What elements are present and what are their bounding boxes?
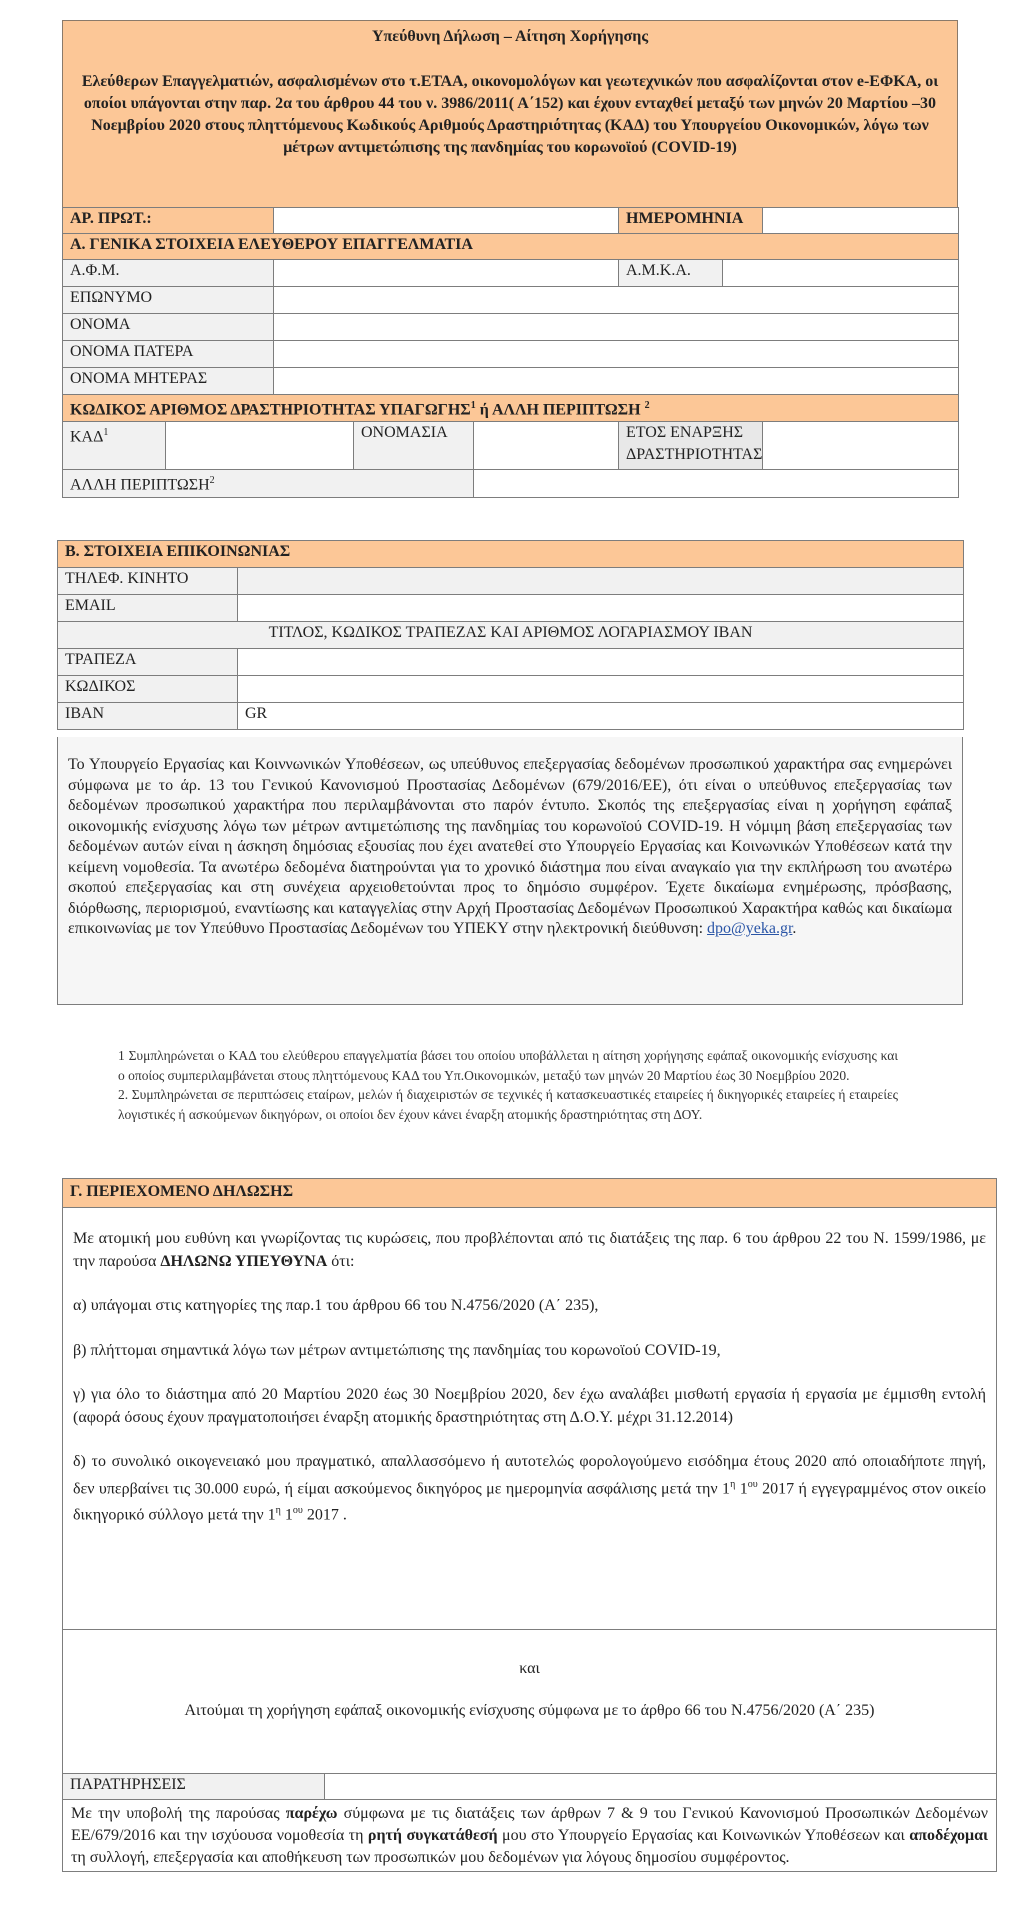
kad-field[interactable]: [166, 422, 354, 470]
surname-label: ΕΠΩΝΥΜΟ: [63, 287, 274, 314]
declaration-item-b: β) πλήττομαι σημαντικά λόγω των μέτρων α…: [73, 1340, 986, 1363]
protocol-number-label: ΑΡ. ΠΡΩΤ.:: [63, 208, 274, 234]
declaration-body: Με ατομική μου ευθύνη και γνωρίζοντας τι…: [63, 1208, 997, 1630]
declaration-table: Γ. ΠΕΡΙΕΧΟΜΕΝΟ ΔΗΛΩΣΗΣ Με ατομική μου ευ…: [62, 1178, 997, 1872]
kad-name-field[interactable]: [474, 422, 619, 470]
general-info-table: ΑΡ. ΠΡΩΤ.: ΗΜΕΡΟΜΗΝΙΑ Α. ΓΕΝΙΚΑ ΣΤΟΙΧΕΙΑ…: [62, 207, 959, 498]
form-title: Υπεύθυνη Δήλωση – Αίτηση Χορήγησης: [63, 25, 957, 49]
email-label: EMAIL: [58, 595, 238, 622]
date-field[interactable]: [763, 208, 959, 234]
phone-label: ΤΗΛΕΦ. ΚΙΝΗΤΟ: [58, 568, 238, 595]
iban-label: IBAN: [58, 703, 238, 730]
kad-label: ΚΑΔ1: [63, 422, 166, 470]
bank-code-label: ΚΩΔΙΚΟΣ: [58, 676, 238, 703]
iban-field[interactable]: GR: [238, 703, 964, 730]
start-year-label: ΕΤΟΣ ΕΝΑΡΞΗΣ ΔΡΑΣΤΗΡΙΟΤΗΤΑΣ: [619, 422, 763, 470]
declaration-item-c: γ) για όλο το διάστημα από 20 Μαρτίου 20…: [73, 1384, 986, 1429]
and-text: και: [63, 1658, 996, 1680]
dpo-email-link[interactable]: dpo@yeka.gr: [707, 920, 792, 937]
consent-text: Με την υποβολή της παρούσας παρέχω σύμφω…: [63, 1800, 997, 1872]
declaration-item-d: δ) το συνολικό οικογενειακό μου πραγματι…: [73, 1451, 986, 1527]
name-field[interactable]: [274, 314, 959, 341]
footnote-2: 2. Συμπληρώνεται σε περιπτώσεις εταίρων,…: [118, 1085, 898, 1124]
footnote-1: 1 Συμπληρώνεται ο ΚΑΔ του ελεύθερου επαγ…: [118, 1046, 898, 1085]
section-g-title: Γ. ΠΕΡΙΕΧΟΜΕΝΟ ΔΗΛΩΣΗΣ: [63, 1179, 997, 1208]
surname-field[interactable]: [274, 287, 959, 314]
form-subtitle: Ελεύθερων Επαγγελματιών, ασφαλισμένων στ…: [81, 71, 939, 159]
amka-label: Α.Μ.Κ.Α.: [619, 260, 723, 287]
request-cell: και Αιτούμαι τη χορήγηση εφάπαξ οικονομι…: [63, 1630, 997, 1774]
other-case-field[interactable]: [474, 470, 959, 497]
bank-label: ΤΡΑΠΕΖΑ: [58, 649, 238, 676]
section-a-title: Α. ΓΕΝΙΚΑ ΣΤΟΙΧΕΙΑ ΕΛΕΥΘΕΡΟΥ ΕΠΑΓΓΕΛΜΑΤΙ…: [63, 234, 959, 260]
declaration-intro: Με ατομική μου ευθύνη και γνωρίζοντας τι…: [73, 1228, 986, 1273]
name-label: ΟΝΟΜΑ: [63, 314, 274, 341]
protocol-number-field[interactable]: [274, 208, 619, 234]
phone-field[interactable]: [238, 568, 964, 595]
mother-name-field[interactable]: [274, 368, 959, 395]
remarks-field[interactable]: [325, 1774, 997, 1800]
footnotes: 1 Συμπληρώνεται ο ΚΑΔ του ελεύθερου επαγ…: [118, 1046, 898, 1124]
start-year-field[interactable]: [763, 422, 959, 470]
amka-field[interactable]: [723, 260, 959, 287]
form-header: Υπεύθυνη Δήλωση – Αίτηση Χορήγησης Ελεύθ…: [62, 20, 958, 207]
section-b-title: Β. ΣΤΟΙΧΕΙΑ ΕΠΙΚΟΙΝΩΝΙΑΣ: [58, 541, 964, 568]
kad-name-label: ΟΝΟΜΑΣΙΑ: [354, 422, 474, 470]
privacy-notice: Το Υπουργείο Εργασίας και Κοιννωνικών Υπ…: [57, 737, 963, 1005]
other-case-label: ΑΛΛΗ ΠΕΡΙΠΤΩΣΗ2: [63, 470, 474, 497]
father-name-label: ΟΝΟΜΑ ΠΑΤΕΡΑ: [63, 341, 274, 368]
email-field[interactable]: [238, 595, 964, 622]
kad-section-title: ΚΩΔΙΚΟΣ ΑΡΙΘΜΟΣ ΔΡΑΣΤΗΡΙΟΤΗΤΑΣ ΥΠΑΓΩΓΗΣ1…: [63, 395, 959, 422]
request-text: Αιτούμαι τη χορήγηση εφάπαξ οικονομικής …: [63, 1700, 996, 1722]
bank-heading: ΤΙΤΛΟΣ, ΚΩΔΙΚΟΣ ΤΡΑΠΕΖΑΣ ΚΑΙ ΑΡΙΘΜΟΣ ΛΟΓ…: [58, 622, 964, 649]
date-label: ΗΜΕΡΟΜΗΝΙΑ: [619, 208, 763, 234]
bank-field[interactable]: [238, 649, 964, 676]
afm-label: Α.Φ.Μ.: [63, 260, 274, 287]
remarks-label: ΠΑΡΑΤΗΡΗΣΕΙΣ: [63, 1774, 325, 1800]
declaration-item-a: α) υπάγομαι στις κατηγορίες της παρ.1 το…: [73, 1295, 986, 1318]
father-name-field[interactable]: [274, 341, 959, 368]
afm-field[interactable]: [274, 260, 619, 287]
contact-info-table: Β. ΣΤΟΙΧΕΙΑ ΕΠΙΚΟΙΝΩΝΙΑΣ ΤΗΛΕΦ. ΚΙΝΗΤΟ E…: [57, 540, 964, 730]
mother-name-label: ΟΝΟΜΑ ΜΗΤΕΡΑΣ: [63, 368, 274, 395]
bank-code-field[interactable]: [238, 676, 964, 703]
